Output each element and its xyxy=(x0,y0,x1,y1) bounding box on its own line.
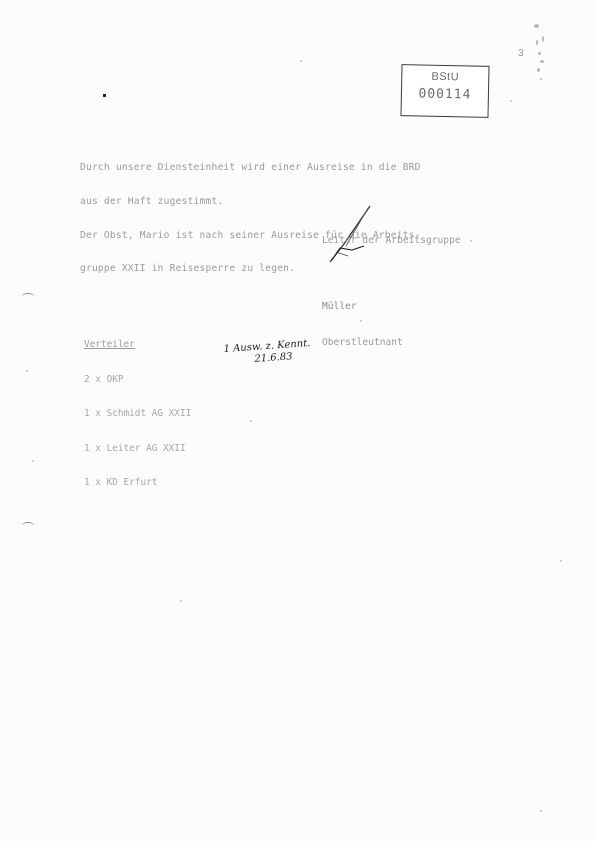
distribution-item: 1 x KD Erfurt xyxy=(84,477,191,489)
document-page: 3 BStU 000114 Durch unsere Diensteinheit… xyxy=(0,0,595,841)
page-number: 3 xyxy=(518,48,524,59)
archive-stamp: BStU 000114 xyxy=(400,64,489,118)
distribution-item: 1 x Leiter AG XXII xyxy=(84,443,191,455)
punch-hole-mark xyxy=(22,293,34,300)
distribution-title: Verteiler xyxy=(84,339,191,351)
body-line: Durch unsere Diensteinheit wird einer Au… xyxy=(80,162,421,173)
stamp-number: 000114 xyxy=(402,86,488,103)
signatory-rank: Oberstleutnant xyxy=(322,337,461,349)
handwritten-note-date: 21.6.83 xyxy=(254,350,312,366)
distribution-item: 2 x OKP xyxy=(84,374,191,386)
stamp-label: BStU xyxy=(402,70,488,84)
ink-dot xyxy=(103,94,106,97)
signatory-role: Leiter der Arbeitsgruppe xyxy=(322,235,461,247)
punch-hole-mark xyxy=(22,522,34,529)
distribution-item: 1 x Schmidt AG XXII xyxy=(84,408,191,420)
distribution-list: Verteiler 2 x OKP 1 x Schmidt AG XXII 1 … xyxy=(84,316,191,512)
scan-specks xyxy=(530,22,552,82)
signatory-name: Müller xyxy=(322,301,461,313)
signature-block: Leiter der Arbeitsgruppe Müller Oberstle… xyxy=(322,211,461,373)
handwritten-note: 1 Ausw. z. Kennt. 21.6.83 xyxy=(223,338,311,368)
